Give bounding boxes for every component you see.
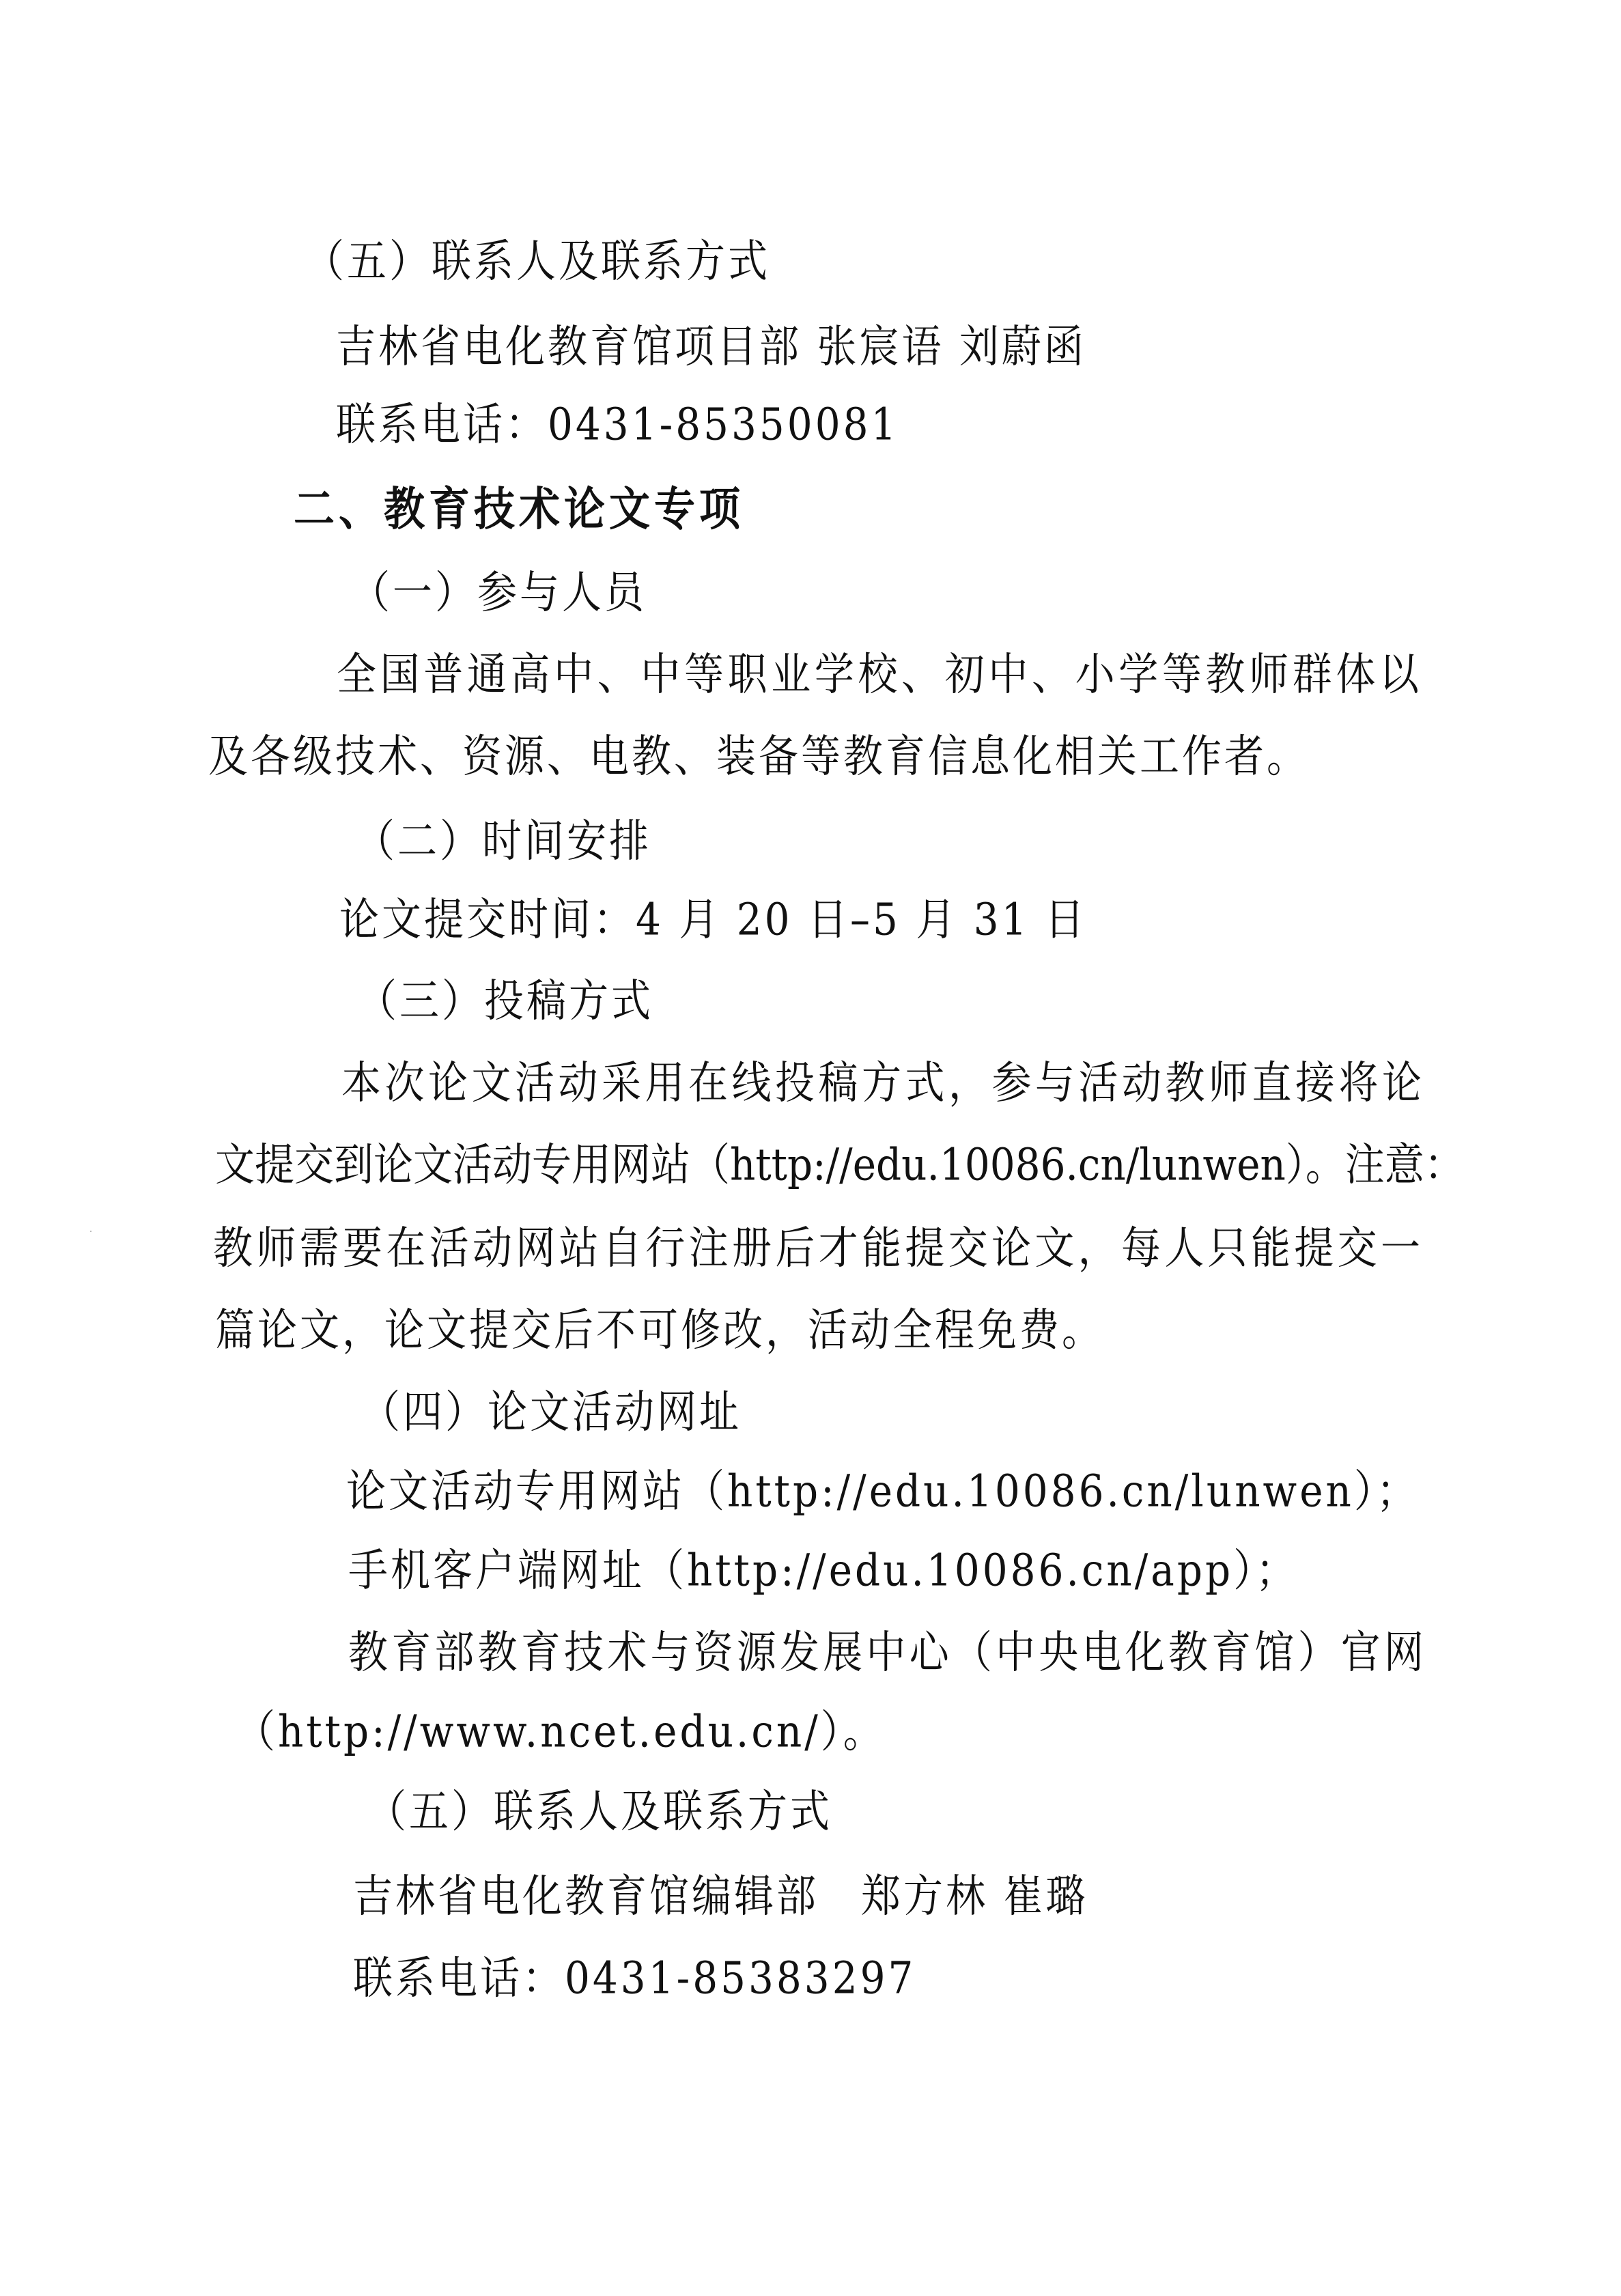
- submission-text-line-1: 本次论文活动采用在线投稿方式，参与活动教师直接将论: [341, 1052, 1422, 1113]
- contact-phone: 联系电话：0431-85350081: [336, 393, 899, 455]
- scan-speck: [90, 1231, 91, 1232]
- document-page: （五）联系人及联系方式 吉林省电化教育馆项目部 张宸语 刘蔚函 联系电话：043…: [0, 0, 1621, 2296]
- submission-text-line-3: 教师需要在活动网站自行注册后才能提交论文，每人只能提交一: [213, 1217, 1420, 1278]
- subsection-participants-title: （一）参与人员: [350, 561, 647, 623]
- editorial-contact-department-names: 吉林省电化教育馆编辑部 郑方林 崔璐: [353, 1865, 1088, 1927]
- editorial-contact-phone: 联系电话：0431-85383297: [353, 1947, 916, 2008]
- website-item-paper-site: 论文活动专用网站（http://edu.10086.cn/lunwen）；: [346, 1460, 1419, 1522]
- participants-text-line-2: 及各级技术、资源、电教、装备等教育信息化相关工作者。: [208, 725, 1309, 787]
- section-heading-paper-special: 二、教育技术论文专项: [294, 479, 744, 540]
- subsection-websites-title: （四）论文活动网址: [361, 1381, 742, 1442]
- subsection-submission-title: （三）投稿方式: [357, 970, 653, 1031]
- subsection-schedule-title: （二）时间安排: [355, 810, 651, 871]
- contact-department-names: 吉林省电化教育馆项目部 张宸语 刘蔚函: [336, 316, 1086, 377]
- section-contact-title: （五）联系人及联系方式: [305, 230, 770, 292]
- submission-text-line-4: 篇论文，论文提交后不可修改，活动全程免费。: [215, 1299, 1104, 1360]
- website-item-ncet-line-1: 教育部教育技术与资源发展中心（中央电化教育馆）官网: [348, 1621, 1424, 1683]
- website-item-mobile-app: 手机客户端网址（http://edu.10086.cn/app）；: [348, 1539, 1298, 1601]
- submission-text-line-2: 文提交到论文活动专用网站（http://edu.10086.cn/lunwen）…: [215, 1134, 1424, 1195]
- website-item-ncet-line-2: （http://www.ncet.edu.cn/）。: [236, 1700, 886, 1762]
- participants-text-line-1: 全国普通高中、中等职业学校、初中、小学等教师群体以: [337, 643, 1419, 705]
- subsection-contact-title: （五）联系人及联系方式: [367, 1780, 832, 1842]
- schedule-submission-time: 论文提交时间：4 月 20 日–5 月 31 日: [339, 888, 1087, 950]
